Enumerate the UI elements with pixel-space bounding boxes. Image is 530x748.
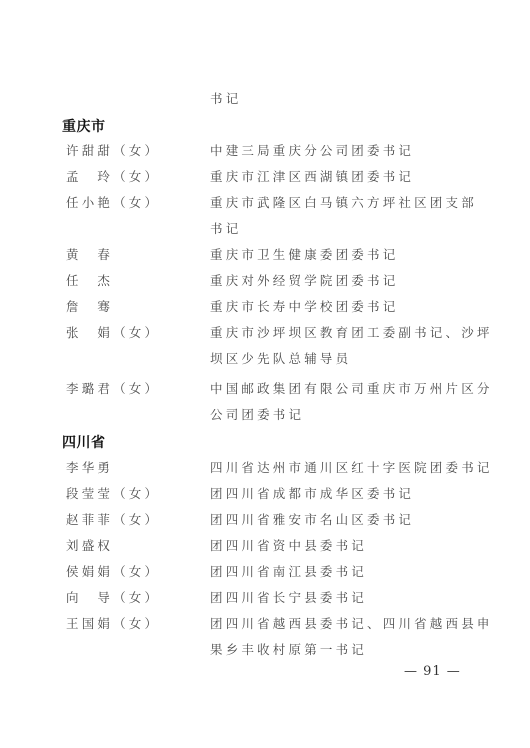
entry-name: 孟 玲（女） (66, 169, 160, 185)
entry-position-cont: 坝区少先队总辅导员 (210, 351, 351, 367)
entry-name: 刘盛权 (66, 538, 113, 554)
section-heading-sichuan: 四川省 (62, 432, 106, 452)
entry-position: 团四川省长宁县委书记 (210, 590, 367, 606)
entry-position-cont: 果乡丰收村原第一书记 (210, 642, 367, 658)
entry-position: 中建三局重庆分公司团委书记 (210, 143, 414, 159)
entry-name: 李华勇 (66, 460, 113, 476)
entry-position: 重庆市武隆区白马镇六方坪社区团支部 (210, 195, 477, 211)
section-heading-chongqing: 重庆市 (62, 116, 106, 136)
entry-position: 重庆市长寿中学校团委书记 (210, 299, 398, 315)
entry-name: 赵菲菲（女） (66, 512, 160, 528)
document-page: 书记 重庆市 许甜甜（女） 中建三局重庆分公司团委书记 孟 玲（女） 重庆市江津… (0, 0, 530, 748)
entry-position: 重庆市江津区西湖镇团委书记 (210, 169, 414, 185)
entry-name: 黄 春 (66, 247, 113, 263)
entry-name: 张 娟（女） (66, 325, 160, 341)
entry-position: 团四川省越西县委书记、四川省越西县申 (210, 616, 493, 632)
entry-position-cont: 书记 (210, 221, 241, 237)
entry-name: 段莹莹（女） (66, 486, 160, 502)
entry-position: 团四川省南江县委书记 (210, 564, 367, 580)
entry-name: 王国娟（女） (66, 616, 160, 632)
entry-name: 任 杰 (66, 273, 113, 289)
entry-position: 重庆市卫生健康委团委书记 (210, 247, 398, 263)
entry-name: 向 导（女） (66, 590, 160, 606)
entry-name: 许甜甜（女） (66, 143, 160, 159)
entry-position: 中国邮政集团有限公司重庆市万州片区分 (210, 381, 493, 397)
entry-position: 重庆市沙坪坝区教育团工委副书记、沙坪 (210, 325, 493, 341)
entry-position: 团四川省成都市成华区委书记 (210, 486, 414, 502)
entry-position: 团四川省资中县委书记 (210, 538, 367, 554)
continuation-text: 书记 (210, 91, 241, 107)
entry-position: 四川省达州市通川区红十字医院团委书记 (210, 460, 493, 476)
entry-position-cont: 公司团委书记 (210, 407, 304, 423)
entry-name: 李璐君（女） (66, 381, 160, 397)
page-number: — 91 — (404, 664, 461, 679)
entry-position: 重庆对外经贸学院团委书记 (210, 273, 398, 289)
entry-name: 詹 骞 (66, 299, 113, 315)
entry-position: 团四川省雅安市名山区委书记 (210, 512, 414, 528)
entry-name: 侯娟娟（女） (66, 564, 160, 580)
entry-name: 任小艳（女） (66, 195, 160, 211)
